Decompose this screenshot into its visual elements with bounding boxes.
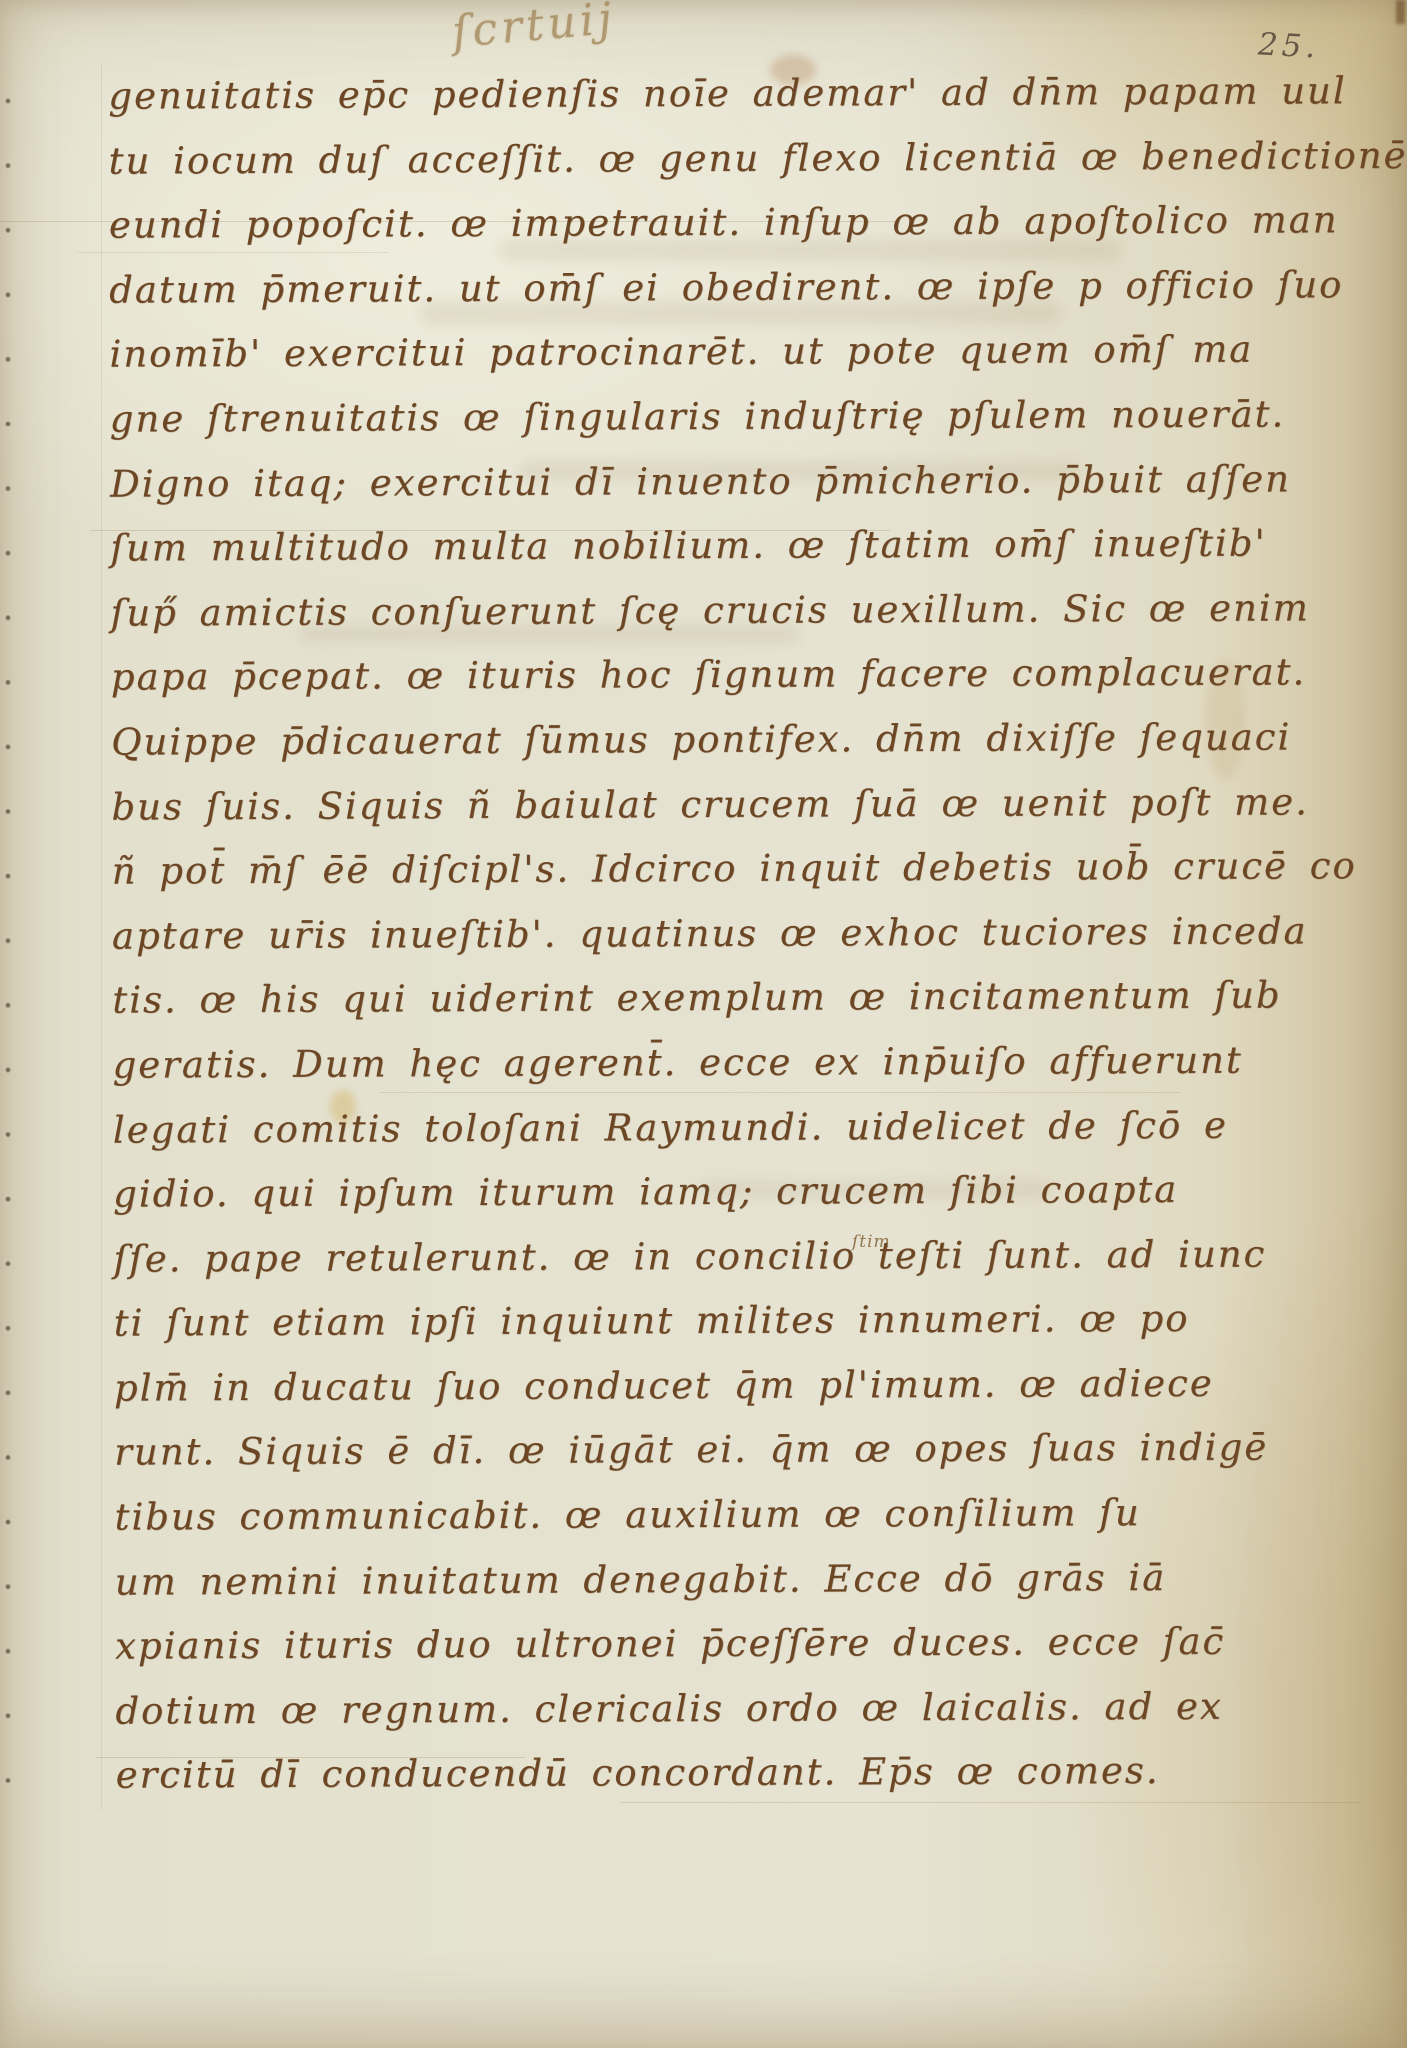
- text-line-22: runt. Siquis ē dī. œ iūgāt ei. q̄m œ ope…: [114, 1416, 1294, 1486]
- text-line-23: tibus communicabit. œ auxilium œ conſili…: [114, 1480, 1294, 1550]
- text-line-10: papa p̄cepat. œ ituris hoc ſignum facere…: [111, 641, 1291, 711]
- text-line-5: inomīb' exercitui patrocinarēt. ut pote …: [109, 318, 1289, 388]
- text-line-17: legati comitis toloſani Raymundi. uideli…: [113, 1093, 1293, 1163]
- text-line-2: tu iocum duſ acceſſit. œ genu flexo lice…: [108, 124, 1288, 194]
- text-line-18: gidio. qui ipſum iturum iamq; crucem ſib…: [113, 1158, 1293, 1228]
- text-line-8: ſum multitudo multa nobilium. œ ſtatim o…: [110, 512, 1290, 582]
- text-line-9: ſup̋ amictis conſuerunt ſcę crucis uexil…: [110, 576, 1290, 646]
- text-line-19: ſſe. pape retulerunt. œ in concilio teſt…: [113, 1222, 1293, 1292]
- text-line-24: um nemini inuitatum denegabit. Ecce dō g…: [115, 1545, 1295, 1615]
- pricking-marks: [4, 96, 16, 1796]
- text-line-16: geratis. Dum hęc agerent̄. ecce ex inp̄u…: [112, 1028, 1292, 1098]
- text-line-3: eundi popoſcit. œ impetrauit. inſup œ ab…: [109, 189, 1289, 259]
- quire-inscription: ſcrtuij: [450, 0, 618, 58]
- parchment-page: ſcrtuij 25. ſtim genuitatis ep̄c pedienſ…: [0, 0, 1407, 2048]
- text-line-25: xpianis ituris duo ultronei p̄ceſſēre du…: [115, 1610, 1295, 1680]
- text-line-27: ercitū dī conducendū concordant. Ep̄s œ …: [116, 1739, 1296, 1809]
- text-line-4: datum p̄meruit. ut om̄ſ ei obedirent. œ …: [109, 253, 1289, 323]
- text-line-7: Digno itaq; exercitui dī inuento p̄miche…: [110, 447, 1290, 517]
- text-line-21: plm̄ in ducatu ſuo conducet q̄m pl'imum.…: [114, 1351, 1294, 1421]
- text-line-26: dotium œ regnum. clericalis ordo œ laica…: [115, 1674, 1295, 1744]
- text-block: genuitatis ep̄c pedienſis noīe ademar' a…: [108, 59, 1296, 1808]
- edge-mark: [1396, 0, 1405, 24]
- text-line-11: Quippe p̄dicauerat ſūmus pontifex. dn̄m …: [111, 705, 1291, 775]
- text-line-20: ti ſunt etiam ipſi inquiunt milites innu…: [114, 1287, 1294, 1357]
- text-line-1: genuitatis ep̄c pedienſis noīe ademar' a…: [108, 59, 1288, 129]
- text-line-14: aptare ur̄is inueſtib'. quatinus œ exhoc…: [112, 899, 1292, 969]
- text-line-15: tis. œ his qui uiderint exemplum œ incit…: [112, 964, 1292, 1034]
- text-line-6: gne ſtrenuitatis œ ſingularis induſtrię …: [110, 382, 1290, 452]
- margin-line: [101, 64, 102, 1810]
- text-line-13: ñ pot̄ m̄ſ ēē diſcipl's. Idcirco inquit …: [112, 835, 1292, 905]
- text-line-12: bus ſuis. Siquis ñ baiulat crucem ſuā œ …: [111, 770, 1291, 840]
